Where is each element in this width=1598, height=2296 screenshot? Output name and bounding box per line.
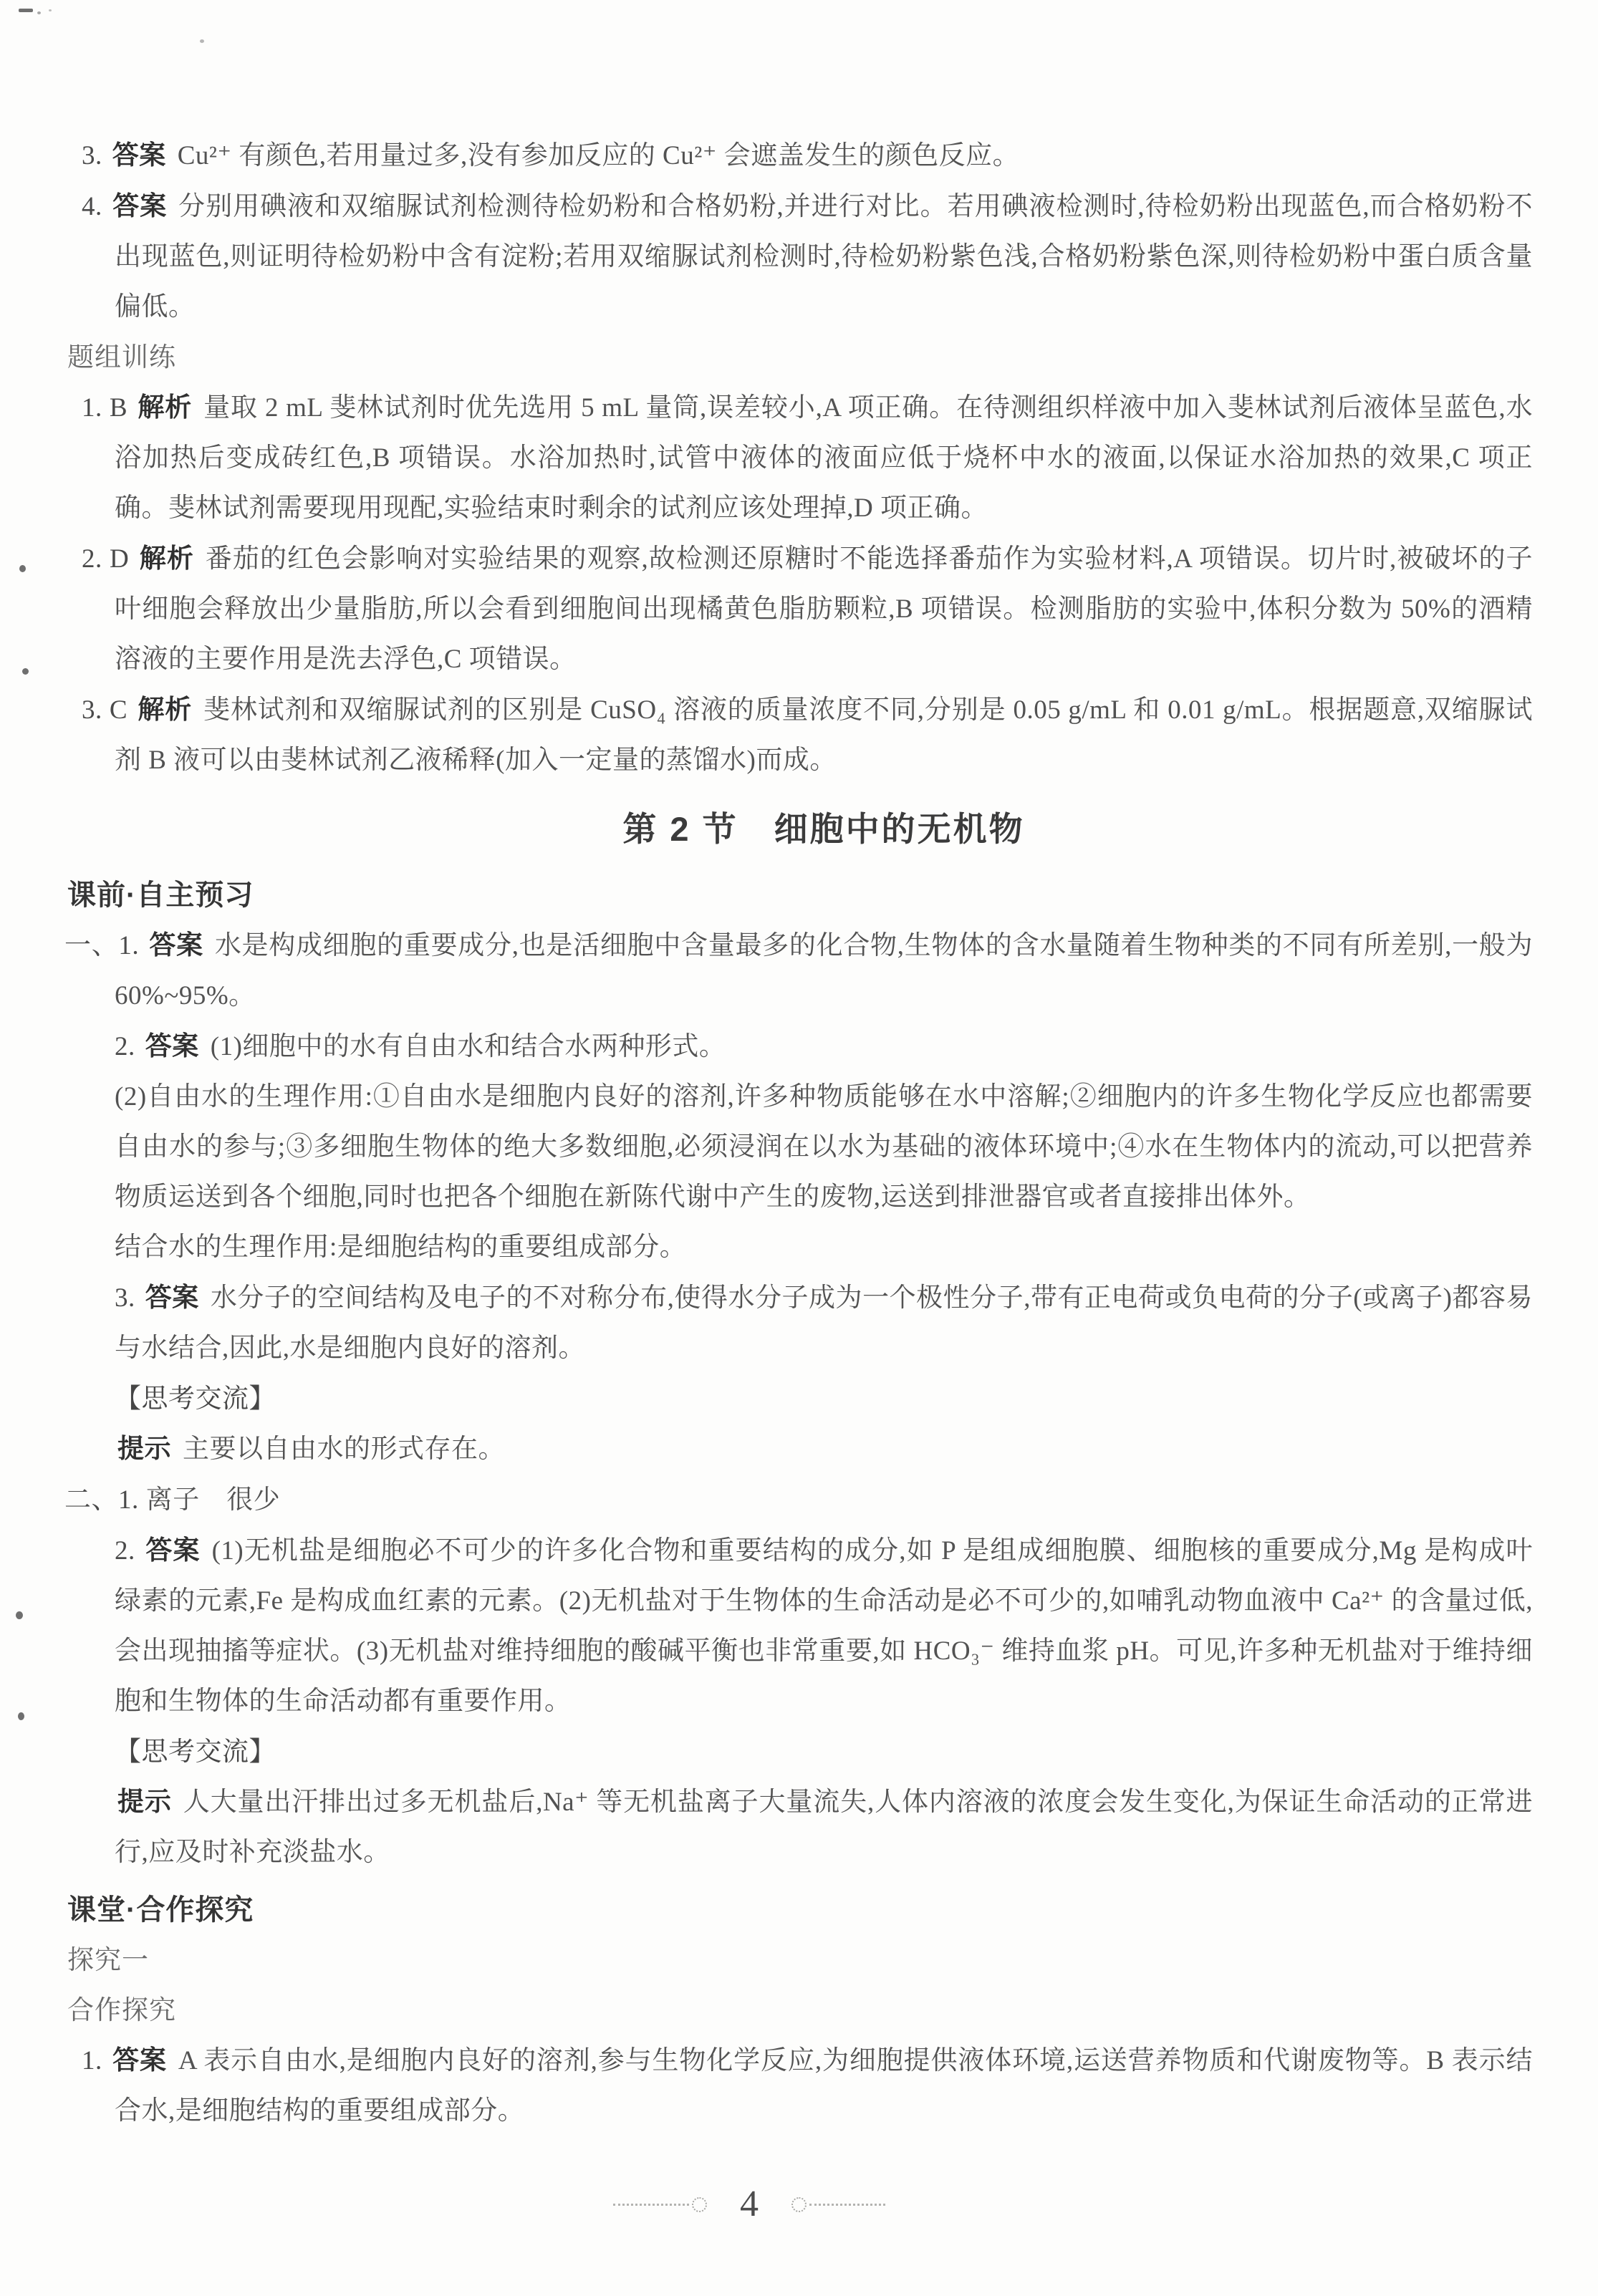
paragraph-text: (2)自由水的生理作用:①自由水是细胞内良好的溶剂,许多种物质能够在水中溶解;②… xyxy=(115,1082,1533,1212)
item-text: (1)无机盐是细胞必不可少的许多化合物和重要结构的成分,如 P 是组成细胞膜、细… xyxy=(115,1536,1533,1716)
item-text: 主要以自由水的形式存在。 xyxy=(183,1434,505,1464)
think-exchange-heading: 【思考交流】 xyxy=(115,1374,1533,1424)
subsection-heading-question-training: 题组训练 xyxy=(115,332,1533,382)
paragraph: (2)自由水的生理作用:①自由水是细胞内良好的溶剂,许多种物质能够在水中溶解;②… xyxy=(115,1072,1533,1222)
answer-item: 3.答案Cu²⁺ 有颜色,若用量过多,没有参加反应的 Cu²⁺ 会遮盖发生的颜色… xyxy=(115,130,1533,181)
footer-ornament-left xyxy=(613,2197,710,2212)
item-text: 番茄的红色会影响对实验结果的观察,故检测还原糖时不能选择番茄作为实验材料,A 项… xyxy=(115,544,1533,674)
scanned-workbook-page: 3.答案Cu²⁺ 有颜色,若用量过多,没有参加反应的 Cu²⁺ 会遮盖发生的颜色… xyxy=(0,0,1598,2296)
item-label: 解析 xyxy=(138,695,192,724)
ornament-circle xyxy=(692,2197,707,2212)
scan-artifact xyxy=(200,39,204,43)
page-footer: 4 xyxy=(613,2186,885,2223)
item-label: 答案 xyxy=(112,191,167,221)
item-number: 2. xyxy=(115,1032,135,1061)
item-number: 1. B xyxy=(82,393,127,423)
scan-artifact xyxy=(22,668,29,675)
subsection-heading-cooperative-exploration: 合作探究 xyxy=(115,1985,1533,2035)
item-text: 斐林试剂和双缩脲试剂的区别是 CuSO₄ 溶液的质量浓度不同,分别是 0.05 … xyxy=(115,695,1533,775)
answer-item: 2. D解析番茄的红色会影响对实验结果的观察,故检测还原糖时不能选择番茄作为实验… xyxy=(115,534,1533,685)
scan-artifact xyxy=(16,1611,23,1619)
scan-artifact xyxy=(49,9,52,11)
page-body: 3.答案Cu²⁺ 有颜色,若用量过多,没有参加反应的 Cu²⁺ 会遮盖发生的颜色… xyxy=(0,130,1598,2136)
item-label: 解析 xyxy=(138,392,192,422)
item-number: 4. xyxy=(82,192,102,221)
item-number: 2. D xyxy=(82,544,129,574)
ornament-circle xyxy=(791,2197,807,2212)
hint-item: 提示主要以自由水的形式存在。 xyxy=(115,1424,1533,1475)
heading-in-class-exploration: 课堂·合作探究 xyxy=(115,1885,1533,1935)
scan-artifact xyxy=(19,9,33,12)
dotted-rule xyxy=(613,2204,689,2206)
hint-item: 提示人大量出汗排出过多无机盐后,Na⁺ 等无机盐离子大量流失,人体内溶液的浓度会… xyxy=(115,1777,1533,1878)
item-number: 一、1. xyxy=(64,931,139,960)
item-text: 水是构成细胞的重要成分,也是活细胞中含量最多的化合物,生物体的含水量随着生物种类… xyxy=(115,931,1533,1010)
answer-item: 2.答案(1)细胞中的水有自由水和结合水两种形式。 xyxy=(115,1021,1533,1072)
item-label: 答案 xyxy=(145,1535,201,1565)
answer-item: 3. C解析斐林试剂和双缩脲试剂的区别是 CuSO₄ 溶液的质量浓度不同,分别是… xyxy=(115,685,1533,786)
item-label: 答案 xyxy=(112,140,166,170)
scan-artifact xyxy=(19,565,26,572)
item-text: (1)细胞中的水有自由水和结合水两种形式。 xyxy=(211,1032,726,1061)
item-text: 分别用碘液和双缩脲试剂检测待检奶粉和合格奶粉,并进行对比。若用碘液检测时,待检奶… xyxy=(115,192,1533,322)
paragraph: 结合水的生理作用:是细胞结构的重要组成部分。 xyxy=(115,1222,1533,1273)
item-text: A 表示自由水,是细胞内良好的溶剂,参与生物化学反应,为细胞提供液体环境,运送营… xyxy=(115,2046,1533,2126)
item-text: 量取 2 mL 斐林试剂时优先选用 5 mL 量筒,误差较小,A 项正确。在待测… xyxy=(115,393,1533,523)
fill-blank-item: 二、1.离子 很少 xyxy=(115,1475,1533,1525)
item-number: 3. xyxy=(82,141,102,170)
item-number: 二、1. xyxy=(64,1485,139,1515)
item-text: Cu²⁺ 有颜色,若用量过多,没有参加反应的 Cu²⁺ 会遮盖发生的颜色反应。 xyxy=(178,141,1019,170)
footer-ornament-right xyxy=(789,2197,885,2212)
item-label: 提示 xyxy=(117,1434,171,1463)
item-label: 解析 xyxy=(139,544,194,573)
answer-item: 4.答案分别用碘液和双缩脲试剂检测待检奶粉和合格奶粉,并进行对比。若用碘液检测时… xyxy=(115,181,1533,332)
item-number: 2. xyxy=(115,1536,135,1566)
item-label: 提示 xyxy=(117,1787,172,1816)
heading-pre-class-preview: 课前·自主预习 xyxy=(115,870,1533,920)
answer-item: 2.答案(1)无机盐是细胞必不可少的许多化合物和重要结构的成分,如 P 是组成细… xyxy=(115,1525,1533,1727)
section-title: 第 2 节 细胞中的无机物 xyxy=(115,797,1533,862)
paragraph-text: 结合水的生理作用:是细胞结构的重要组成部分。 xyxy=(115,1233,686,1262)
answer-item: 1. B解析量取 2 mL 斐林试剂时优先选用 5 mL 量筒,误差较小,A 项… xyxy=(115,382,1533,534)
scan-artifact xyxy=(37,11,41,14)
item-text: 人大量出汗排出过多无机盐后,Na⁺ 等无机盐离子大量流失,人体内溶液的浓度会发生… xyxy=(115,1788,1533,1867)
item-text: 水分子的空间结构及电子的不对称分布,使得水分子成为一个极性分子,带有正电荷或负电… xyxy=(115,1283,1533,1363)
item-number: 3. C xyxy=(82,695,127,725)
answer-item: 一、1.答案水是构成细胞的重要成分,也是活细胞中含量最多的化合物,生物体的含水量… xyxy=(115,920,1533,1021)
item-number: 3. xyxy=(115,1283,135,1313)
page-number: 4 xyxy=(740,2186,759,2223)
answer-item: 3.答案水分子的空间结构及电子的不对称分布,使得水分子成为一个极性分子,带有正电… xyxy=(115,1273,1533,1374)
answer-item: 1.答案A 表示自由水,是细胞内良好的溶剂,参与生物化学反应,为细胞提供液体环境… xyxy=(115,2035,1533,2136)
think-exchange-heading: 【思考交流】 xyxy=(115,1727,1533,1777)
item-label: 答案 xyxy=(149,930,203,960)
item-label: 答案 xyxy=(145,1283,199,1312)
item-label: 答案 xyxy=(112,2045,167,2075)
item-number: 1. xyxy=(82,2046,102,2075)
item-text: 离子 很少 xyxy=(146,1485,281,1515)
scan-artifact xyxy=(18,1712,24,1720)
subsection-heading-exploration-one: 探究一 xyxy=(115,1935,1533,1985)
item-label: 答案 xyxy=(145,1031,199,1061)
dotted-rule xyxy=(809,2204,885,2206)
